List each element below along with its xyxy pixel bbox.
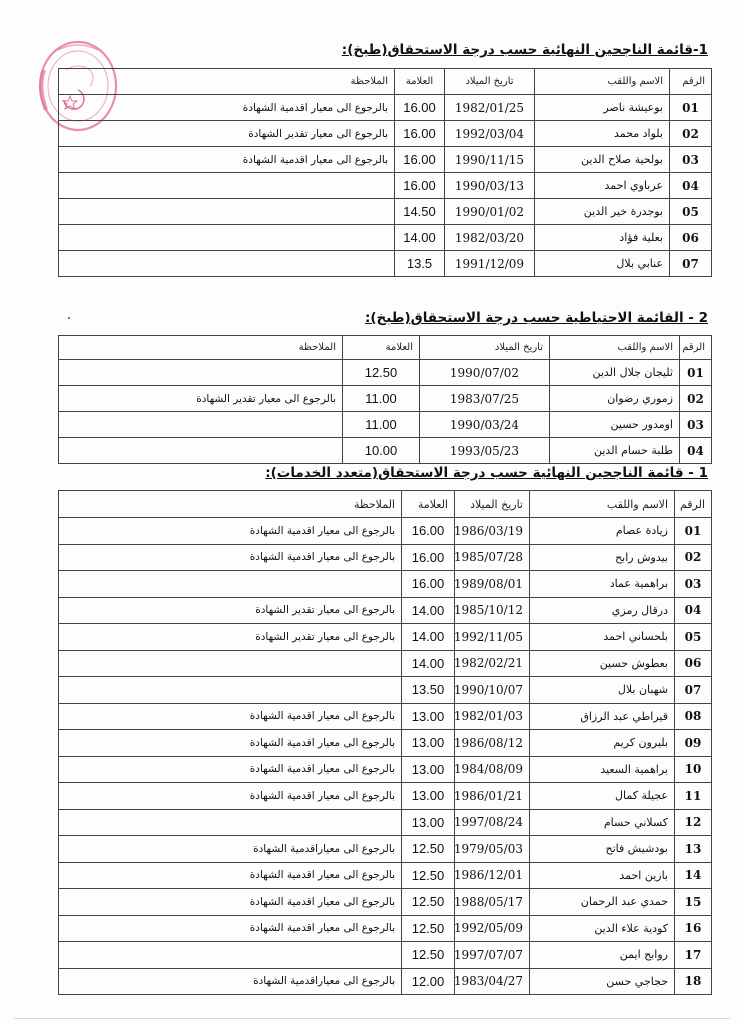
row-number: 13 — [675, 836, 712, 863]
grade-value: 16.00 — [402, 518, 455, 545]
table-header-row: الرقم الاسم واللقب تاريخ الميلاد العلامة… — [59, 69, 712, 95]
candidate-name: كسلاني حسام — [530, 809, 675, 836]
table-row: 03بولحية صلاح الدين1990/11/1516.00بالرجو… — [59, 147, 712, 173]
birth-date: 1990/03/24 — [420, 412, 550, 438]
row-number: 06 — [670, 225, 712, 251]
grade-value: 16.00 — [402, 544, 455, 571]
candidate-name: ثليجان جلال الدين — [550, 360, 680, 386]
table-row: 03اومدور حسين1990/03/2411.00 — [59, 412, 712, 438]
birth-date: 1992/03/04 — [445, 121, 535, 147]
table-row: 13بودشيش فاتح1979/05/0312.50بالرجوع الى … — [59, 836, 712, 863]
candidate-name: روابح ايمن — [530, 942, 675, 969]
candidate-name: درقال رمزي — [530, 597, 675, 624]
table-row: 06بعطوش حسين1982/02/2114.00 — [59, 650, 712, 677]
table-row: 10براهمية السعيد1984/08/0913.00بالرجوع ا… — [59, 756, 712, 783]
grade-value: 13.00 — [402, 730, 455, 757]
remark — [59, 677, 402, 704]
section-2-title: 2 - القائمة الاحتياطية حسب درجة الاستحقا… — [365, 310, 708, 326]
remark — [59, 438, 343, 464]
row-number: 03 — [680, 412, 712, 438]
table-row: 03براهمية عماد1989/08/0116.00 — [59, 571, 712, 598]
section-3-title: 1 - قائمة الناجحين النهائية حسب درجة الا… — [265, 465, 708, 481]
table-header-row: الرقم الاسم واللقب تاريخ الميلاد العلامة… — [59, 491, 712, 518]
birth-date: 1983/07/25 — [420, 386, 550, 412]
page-bottom-rule — [14, 1018, 730, 1019]
candidate-name: براهمية عماد — [530, 571, 675, 598]
remark: بالرجوع الى معيار تقدير الشهادة — [59, 121, 395, 147]
col-header-date: تاريخ الميلاد — [420, 336, 550, 360]
grade-value: 14.00 — [402, 650, 455, 677]
table-row: 01ثليجان جلال الدين1990/07/0212.50 — [59, 360, 712, 386]
row-number: 06 — [675, 650, 712, 677]
grade-value: 12.50 — [402, 862, 455, 889]
table-row: 04عرباوي احمد1990/03/1316.00 — [59, 173, 712, 199]
candidate-name: قيراطي عبد الرزاق — [530, 703, 675, 730]
candidate-name: حجاجي حسن — [530, 968, 675, 995]
table-row: 01زيادة عصام1986/03/1916.00بالرجوع الى م… — [59, 518, 712, 545]
table-row: 02بيدوش رابح1985/07/2816.00بالرجوع الى م… — [59, 544, 712, 571]
grade-value: 16.00 — [402, 571, 455, 598]
grade-value: 16.00 — [395, 95, 445, 121]
final-list-cooking-table: الرقم الاسم واللقب تاريخ الميلاد العلامة… — [58, 68, 712, 277]
grade-value: 16.00 — [395, 121, 445, 147]
col-header-grade: العلامة — [402, 491, 455, 518]
col-header-name: الاسم واللقب — [550, 336, 680, 360]
row-number: 02 — [670, 121, 712, 147]
row-number: 12 — [675, 809, 712, 836]
remark: بالرجوع الى معيار تقدير الشهادة — [59, 624, 402, 651]
remark — [59, 251, 395, 277]
birth-date: 1985/07/28 — [455, 544, 530, 571]
table-row: 06بعلية فؤاد1982/03/2014.00 — [59, 225, 712, 251]
row-number: 01 — [670, 95, 712, 121]
row-number: 15 — [675, 889, 712, 916]
remark: بالرجوع الى معيار اقدمية الشهادة — [59, 862, 402, 889]
grade-value: 12.50 — [402, 915, 455, 942]
row-number: 01 — [680, 360, 712, 386]
candidate-name: بليرون كريم — [530, 730, 675, 757]
row-number: 17 — [675, 942, 712, 969]
candidate-name: بلواد محمد — [535, 121, 670, 147]
row-number: 07 — [670, 251, 712, 277]
table-row: 17روابح ايمن1997/07/0712.50 — [59, 942, 712, 969]
birth-date: 1990/07/02 — [420, 360, 550, 386]
grade-value: 12.50 — [343, 360, 420, 386]
remark: بالرجوع الى معيار اقدمية الشهادة — [59, 147, 395, 173]
remark: بالرجوع الى معيار اقدمية الشهادة — [59, 889, 402, 916]
final-list-multiservice-table: الرقم الاسم واللقب تاريخ الميلاد العلامة… — [58, 490, 712, 995]
candidate-name: بوجدرة خير الدين — [535, 199, 670, 225]
remark: بالرجوع الى معيار اقدمية الشهادة — [59, 730, 402, 757]
candidate-name: عرباوي احمد — [535, 173, 670, 199]
birth-date: 1984/08/09 — [455, 756, 530, 783]
birth-date: 1989/08/01 — [455, 571, 530, 598]
row-number: 14 — [675, 862, 712, 889]
row-number: 05 — [675, 624, 712, 651]
remark: بالرجوع الى معيار تقدير الشهادة — [59, 597, 402, 624]
row-number: 07 — [675, 677, 712, 704]
row-number: 09 — [675, 730, 712, 757]
birth-date: 1990/11/15 — [445, 147, 535, 173]
candidate-name: عنابي بلال — [535, 251, 670, 277]
candidate-name: بولحية صلاح الدين — [535, 147, 670, 173]
reserve-list-cooking-table: الرقم الاسم واللقب تاريخ الميلاد العلامة… — [58, 335, 712, 464]
row-number: 03 — [670, 147, 712, 173]
birth-date: 1997/07/07 — [455, 942, 530, 969]
col-header-grade: العلامة — [343, 336, 420, 360]
table-row: 11عجيلة كمال1986/01/2113.00بالرجوع الى م… — [59, 783, 712, 810]
table-row: 12كسلاني حسام1997/08/2413.00 — [59, 809, 712, 836]
col-header-num: الرقم — [675, 491, 712, 518]
remark — [59, 173, 395, 199]
candidate-name: حمدي عبد الرحمان — [530, 889, 675, 916]
remark: بالرجوع الى معياراقدمية الشهادة — [59, 836, 402, 863]
candidate-name: بيدوش رابح — [530, 544, 675, 571]
grade-value: 16.00 — [395, 173, 445, 199]
birth-date: 1986/08/12 — [455, 730, 530, 757]
col-header-grade: العلامة — [395, 69, 445, 95]
section-1-title: 1-قائمة الناجحين النهائية حسب درجة الاست… — [342, 42, 708, 58]
table-row: 08قيراطي عبد الرزاق1982/01/0313.00بالرجو… — [59, 703, 712, 730]
birth-date: 1990/03/13 — [445, 173, 535, 199]
grade-value: 10.00 — [343, 438, 420, 464]
candidate-name: طلبة حسام الدين — [550, 438, 680, 464]
remark: بالرجوع الى معيار اقدمية الشهادة — [59, 783, 402, 810]
remark: بالرجوع الى معيار اقدمية الشهادة — [59, 756, 402, 783]
remark — [59, 809, 402, 836]
birth-date: 1986/03/19 — [455, 518, 530, 545]
col-header-note: الملاحظة — [59, 69, 395, 95]
remark: بالرجوع الى معيار اقدمية الشهادة — [59, 95, 395, 121]
grade-value: 11.00 — [343, 412, 420, 438]
candidate-name: بودشيش فاتح — [530, 836, 675, 863]
remark: بالرجوع الى معيار اقدمية الشهادة — [59, 703, 402, 730]
row-number: 02 — [675, 544, 712, 571]
birth-date: 1985/10/12 — [455, 597, 530, 624]
table-row: 16كودية علاء الدين1992/05/0912.50بالرجوع… — [59, 915, 712, 942]
candidate-name: براهمية السعيد — [530, 756, 675, 783]
grade-value: 13.00 — [402, 809, 455, 836]
row-number: 03 — [675, 571, 712, 598]
col-header-note: الملاحظة — [59, 491, 402, 518]
row-number: 01 — [675, 518, 712, 545]
birth-date: 1982/01/25 — [445, 95, 535, 121]
candidate-name: كودية علاء الدين — [530, 915, 675, 942]
table-row: 04طلبة حسام الدين1993/05/2310.00 — [59, 438, 712, 464]
remark: بالرجوع الى معيار اقدمية الشهادة — [59, 518, 402, 545]
remark — [59, 571, 402, 598]
remark — [59, 650, 402, 677]
grade-value: 12.50 — [402, 836, 455, 863]
table-row: 07عنابي بلال1991/12/0913.5 — [59, 251, 712, 277]
row-number: 18 — [675, 968, 712, 995]
table-row: 04درقال رمزي1985/10/1214.00بالرجوع الى م… — [59, 597, 712, 624]
birth-date: 1997/08/24 — [455, 809, 530, 836]
candidate-name: شهبان بلال — [530, 677, 675, 704]
birth-date: 1991/12/09 — [445, 251, 535, 277]
birth-date: 1986/01/21 — [455, 783, 530, 810]
birth-date: 1990/10/07 — [455, 677, 530, 704]
remark — [59, 199, 395, 225]
remark: بالرجوع الى معياراقدمية الشهادة — [59, 968, 402, 995]
table-row: 02بلواد محمد1992/03/0416.00بالرجوع الى م… — [59, 121, 712, 147]
col-header-num: الرقم — [680, 336, 712, 360]
birth-date: 1982/03/20 — [445, 225, 535, 251]
grade-value: 14.00 — [395, 225, 445, 251]
table-row: 18حجاجي حسن1983/04/2712.00بالرجوع الى مع… — [59, 968, 712, 995]
col-header-name: الاسم واللقب — [535, 69, 670, 95]
row-number: 08 — [675, 703, 712, 730]
table-row: 07شهبان بلال1990/10/0713.50 — [59, 677, 712, 704]
birth-date: 1988/05/17 — [455, 889, 530, 916]
candidate-name: بعلية فؤاد — [535, 225, 670, 251]
birth-date: 1990/01/02 — [445, 199, 535, 225]
col-header-date: تاريخ الميلاد — [445, 69, 535, 95]
col-header-name: الاسم واللقب — [530, 491, 675, 518]
col-header-date: تاريخ الميلاد — [455, 491, 530, 518]
grade-value: 13.50 — [402, 677, 455, 704]
grade-value: 11.00 — [343, 386, 420, 412]
remark — [59, 942, 402, 969]
birth-date: 1992/11/05 — [455, 624, 530, 651]
grade-value: 12.50 — [402, 942, 455, 969]
birth-date: 1982/01/03 — [455, 703, 530, 730]
grade-value: 14.00 — [402, 624, 455, 651]
row-number: 04 — [680, 438, 712, 464]
grade-value: 13.00 — [402, 703, 455, 730]
remark — [59, 225, 395, 251]
remark — [59, 360, 343, 386]
grade-value: 14.50 — [395, 199, 445, 225]
candidate-name: اومدور حسين — [550, 412, 680, 438]
row-number: 16 — [675, 915, 712, 942]
birth-date: 1979/05/03 — [455, 836, 530, 863]
candidate-name: بعطوش حسين — [530, 650, 675, 677]
remark: بالرجوع الى معيار اقدمية الشهادة — [59, 544, 402, 571]
grade-value: 13.5 — [395, 251, 445, 277]
candidate-name: بازين احمد — [530, 862, 675, 889]
table-header-row: الرقم الاسم واللقب تاريخ الميلاد العلامة… — [59, 336, 712, 360]
row-number: 10 — [675, 756, 712, 783]
candidate-name: بوعيشة ناصر — [535, 95, 670, 121]
col-header-num: الرقم — [670, 69, 712, 95]
candidate-name: عجيلة كمال — [530, 783, 675, 810]
table-row: 14بازين احمد1986/12/0112.50بالرجوع الى م… — [59, 862, 712, 889]
birth-date: 1982/02/21 — [455, 650, 530, 677]
table-row: 15حمدي عبد الرحمان1988/05/1712.50بالرجوع… — [59, 889, 712, 916]
grade-value: 13.00 — [402, 756, 455, 783]
scan-mark — [68, 317, 70, 319]
candidate-name: زيادة عصام — [530, 518, 675, 545]
candidate-name: بلحساني احمد — [530, 624, 675, 651]
col-header-note: الملاحظة — [59, 336, 343, 360]
birth-date: 1986/12/01 — [455, 862, 530, 889]
birth-date: 1983/04/27 — [455, 968, 530, 995]
grade-value: 12.00 — [402, 968, 455, 995]
grade-value: 13.00 — [402, 783, 455, 810]
candidate-name: زموري رضوان — [550, 386, 680, 412]
grade-value: 12.50 — [402, 889, 455, 916]
birth-date: 1993/05/23 — [420, 438, 550, 464]
row-number: 05 — [670, 199, 712, 225]
row-number: 02 — [680, 386, 712, 412]
birth-date: 1992/05/09 — [455, 915, 530, 942]
table-row: 05بوجدرة خير الدين1990/01/0214.50 — [59, 199, 712, 225]
table-row: 01بوعيشة ناصر1982/01/2516.00بالرجوع الى … — [59, 95, 712, 121]
remark: بالرجوع الى معيار تقدير الشهادة — [59, 386, 343, 412]
table-row: 09بليرون كريم1986/08/1213.00بالرجوع الى … — [59, 730, 712, 757]
table-row: 02زموري رضوان1983/07/2511.00بالرجوع الى … — [59, 386, 712, 412]
remark — [59, 412, 343, 438]
remark: بالرجوع الى معيار اقدمية الشهادة — [59, 915, 402, 942]
grade-value: 16.00 — [395, 147, 445, 173]
row-number: 04 — [670, 173, 712, 199]
row-number: 04 — [675, 597, 712, 624]
table-row: 05بلحساني احمد1992/11/0514.00بالرجوع الى… — [59, 624, 712, 651]
grade-value: 14.00 — [402, 597, 455, 624]
row-number: 11 — [675, 783, 712, 810]
